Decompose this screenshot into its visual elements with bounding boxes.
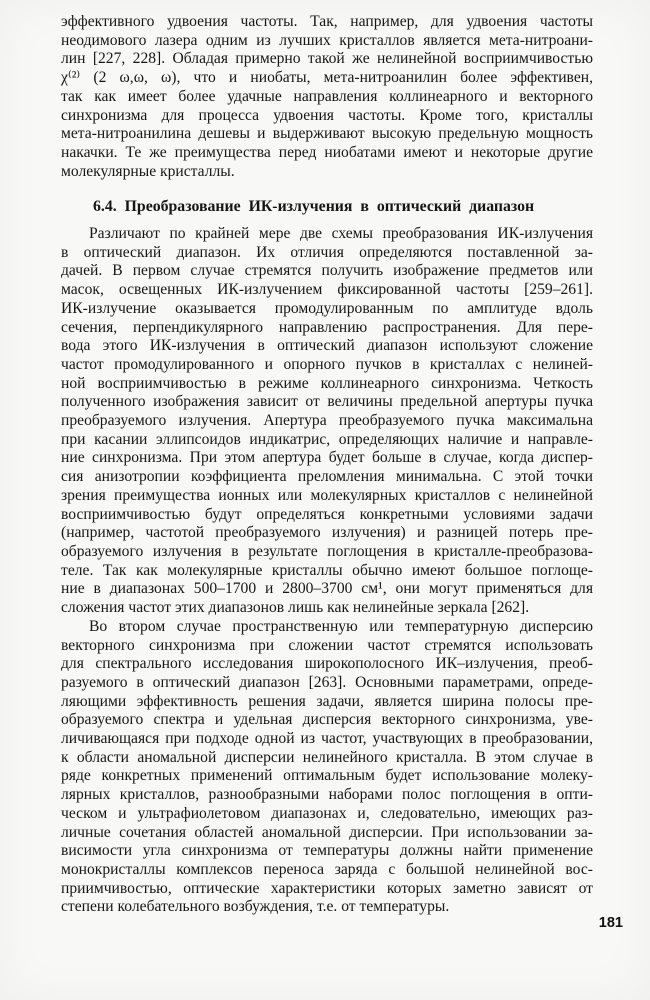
text-line: Различают по крайней мере две схемы прео… [61,225,593,244]
book-page: эффективного удвоения частоты. Так, напр… [0,0,650,1000]
page-body: эффективного удвоения частоты. Так, напр… [61,13,593,917]
text-line: теле. Так как молекулярные кристаллы обы… [61,562,593,581]
text-line: лин [227, 228]. Обладая примерно такой ж… [61,50,593,69]
text-line: разуемого в оптический диапазон [263]. О… [61,674,593,693]
text-line: для спектрального исследования широкопол… [61,655,593,674]
paragraph: Различают по крайней мере две схемы прео… [61,225,593,618]
text-line: монокристаллы комплексов переноса заряда… [61,861,593,880]
paragraph: Во втором случае пространственную или те… [61,618,593,917]
text-line: ческом и ультрафиолетовом диапазонах и, … [61,805,593,824]
text-line: ряде конкретных применений оптимальным б… [61,767,593,786]
text-line: накачки. Те же преимущества перед ниобат… [61,144,593,163]
text-line: преобразуемого излучения. Апертура преоб… [61,412,593,431]
text-line: эффективного удвоения частоты. Так, напр… [61,13,593,32]
text-line: Во втором случае пространственную или те… [61,618,593,637]
text-line: мета-нитроанилина дешевы и выдерживают в… [61,125,593,144]
section-heading: 6.4. Преобразование ИК-излучения в оптич… [61,198,593,217]
text-line: 6.4. Преобразование ИК-излучения в оптич… [61,198,593,217]
text-line: так как имеет более удачные направления … [61,88,593,107]
text-line: личивающаяся при подходе одной из частот… [61,730,593,749]
text-line: личные сочетания областей аномальной дис… [61,824,593,843]
text-line: ляющими эффективность решения задачи, яв… [61,693,593,712]
text-line: ние в диапазонах 500–1700 и 2800–3700 см… [61,580,593,599]
text-line: зрения преимущества ионных или молекуляр… [61,487,593,506]
paragraph: эффективного удвоения частоты. Так, напр… [61,13,593,181]
text-line: к области аномальной дисперсии нелинейно… [61,749,593,768]
text-line: восприимчивостью будут определяться конк… [61,506,593,525]
text-line: неодимового лазера одним из лучших крист… [61,32,593,51]
text-line: сечения, перпендикулярного направлению р… [61,319,593,338]
text-line: ИК-излучение оказывается промодулированн… [61,300,593,319]
text-line: молекулярные кристаллы. [61,163,593,182]
text-line: полученного изображения зависит от велич… [61,393,593,412]
text-line: степени колебательного возбуждения, т.е.… [61,898,593,917]
text-line: висимости угла синхронизма от температур… [61,842,593,861]
text-line: вода этого ИК-излучения в оптический диа… [61,337,593,356]
text-line: сия анизотропии коэффициента преломления… [61,468,593,487]
text-line: масок, освещенных ИК-излучением фиксиров… [61,281,593,300]
page-number: 181 [599,915,623,931]
text-line: при касании эллипсоидов индикатрис, опре… [61,431,593,450]
text-line: векторного синхронизма при сложении част… [61,637,593,656]
text-line: ние синхронизма. При этом апертура будет… [61,449,593,468]
text-line: приимчивостью, оптические характеристики… [61,880,593,899]
text-line: дачей. В первом случае стремятся получит… [61,262,593,281]
text-line: лярных кристаллов, разнообразными набора… [61,786,593,805]
text-line: образуемого спектра и удельная дисперсия… [61,711,593,730]
text-line: сложения частот этих диапазонов лишь как… [61,599,593,618]
text-line: образуемого излучения в результате погло… [61,543,593,562]
text-line: (например, частотой преобразуемого излуч… [61,524,593,543]
text-line: частот промодулированного и опорного пуч… [61,356,593,375]
text-line: в оптический диапазон. Их отличия опреде… [61,244,593,263]
text-line: χ⁽²⁾ (2 ω,ω, ω), что и ниобаты, мета-нит… [61,69,593,88]
text-line: ной восприимчивостью в режиме коллинеарн… [61,375,593,394]
text-line: синхронизма для процесса удвоения частот… [61,107,593,126]
